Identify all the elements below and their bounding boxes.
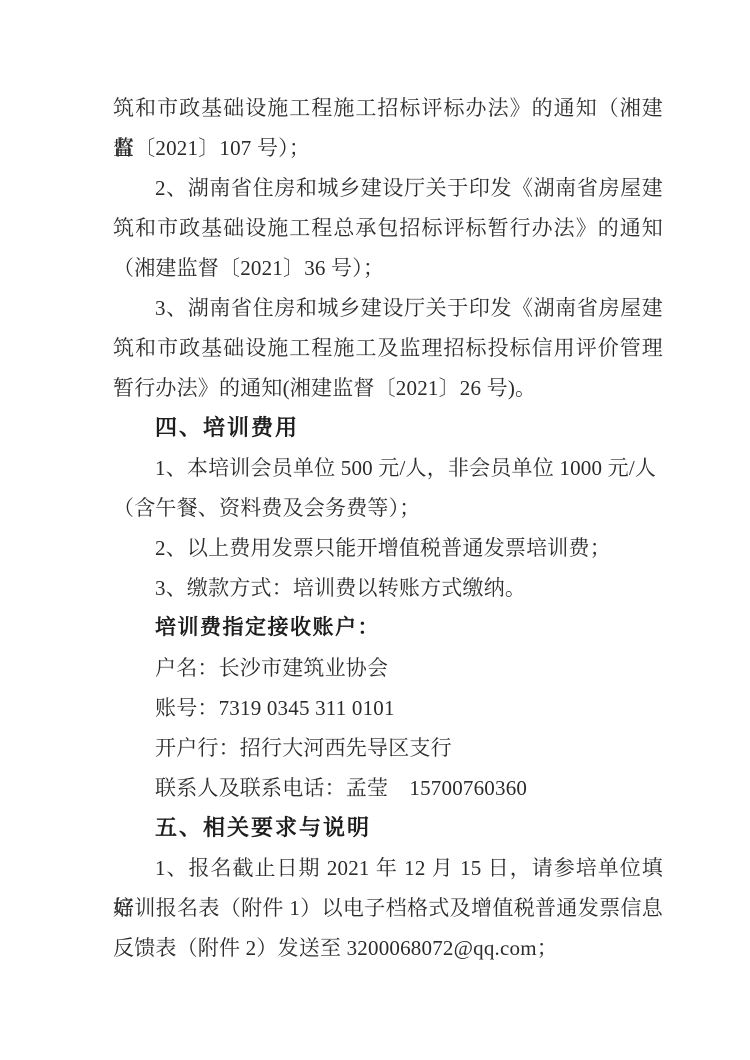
section-heading-requirements: 五、相关要求与说明 [113,808,663,848]
doc-line-reference-3-line-1: 3、湖南省住房和城乡建设厅关于印发《湖南省房屋建 [113,288,663,328]
doc-line-fee-1-line-2: （含午餐、资料费及会务费等）； [113,488,663,528]
account-contact-line: 联系人及联系电话：孟莹 15700760360 [113,768,663,808]
account-name-line: 户名：长沙市建筑业协会 [113,648,663,688]
doc-line-fee-1-line-1: 1、本培训会员单位 500 元/人，非会员单位 1000 元/人 [113,448,663,488]
account-bank-line: 开户行：招行大河西先导区支行 [113,728,663,768]
doc-line-reference-1-wrap-1: 筑和市政基础设施工程施工招标评标办法》的通知（湘建监 [113,88,663,128]
doc-line-reference-1-wrap-2: 督〔2021〕107 号）； [113,128,663,168]
doc-line-reference-2-line-1: 2、湖南省住房和城乡建设厅关于印发《湖南省房屋建 [113,168,663,208]
doc-line-fee-3: 3、缴款方式：培训费以转账方式缴纳。 [113,568,663,608]
doc-line-requirement-1-line-1: 1、报名截止日期 2021 年 12 月 15 日，请参培单位填好 [113,848,663,888]
doc-line-fee-2: 2、以上费用发票只能开增值税普通发票培训费； [113,528,663,568]
section-heading-fees: 四、培训费用 [113,408,663,448]
account-number-line: 账号：7319 0345 311 0101 [113,688,663,728]
doc-line-reference-2-line-3: （湘建监督〔2021〕36 号）； [113,248,663,288]
doc-line-reference-3-line-3: 暂行办法》的通知(湘建监督〔2021〕26 号)。 [113,368,663,408]
doc-line-reference-3-line-2: 筑和市政基础设施工程施工及监理招标投标信用评价管理 [113,328,663,368]
doc-line-reference-2-line-2: 筑和市政基础设施工程总承包招标评标暂行办法》的通知 [113,208,663,248]
document-page: 筑和市政基础设施工程施工招标评标办法》的通知（湘建监 督〔2021〕107 号）… [0,0,750,1060]
account-heading: 培训费指定接收账户： [113,608,663,648]
doc-line-requirement-1-line-2: 培训报名表（附件 1）以电子档格式及增值税普通发票信息 [113,888,663,928]
doc-line-requirement-1-line-3: 反馈表（附件 2）发送至 3200068072@qq.com； [113,928,663,968]
